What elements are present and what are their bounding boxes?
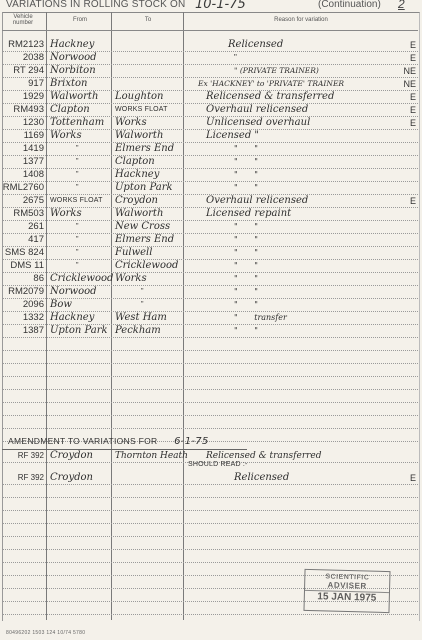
from-garage: Brixton <box>50 77 112 90</box>
table-row: RML2760"Upton Park" " <box>2 181 418 195</box>
from-garage: Upton Park <box>50 324 112 337</box>
reason: " " <box>188 246 422 259</box>
blank-row <box>2 549 418 563</box>
table-row: RM493ClaptonWORKS FLOATOverhaul relicens… <box>2 103 418 117</box>
reason: " " <box>188 324 422 337</box>
blank-row <box>2 536 418 550</box>
table-row: 1377"Clapton" " <box>2 155 418 169</box>
table-row: RM2123HackneyRelicensedE <box>2 38 418 52</box>
to-garage: Elmers End <box>115 142 183 155</box>
to-garage <box>115 471 183 484</box>
vehicle-number: 1332 <box>2 311 44 324</box>
from-garage: Hackney <box>50 38 112 51</box>
code: NE <box>398 77 416 90</box>
vehicle-number: RM493 <box>2 103 44 116</box>
code <box>398 298 416 311</box>
code: E <box>398 38 416 51</box>
to-garage: Elmers End <box>115 233 183 246</box>
code <box>398 246 416 259</box>
blank-row <box>2 337 418 351</box>
to-garage <box>115 38 183 51</box>
vehicle-number: RF 392 <box>2 471 44 484</box>
code <box>398 142 416 155</box>
to-garage: Peckham <box>115 324 183 337</box>
from-garage: Norwood <box>50 285 112 298</box>
vehicle-number: DMS 11 <box>2 259 44 272</box>
reason: " (PRIVATE TRAINER) <box>188 64 422 77</box>
vehicle-number: RT 294 <box>2 64 44 77</box>
amendment-heading: AMENDMENT TO VARIATIONS FOR 6-1-75 <box>8 436 209 447</box>
reason: Overhaul relicensed <box>188 194 416 207</box>
blank-row <box>2 497 418 511</box>
print-code: 80496202 1503 124 10/74 5780 <box>6 630 85 636</box>
reason: Ex 'HACKNEY' to 'PRIVATE' TRAINER <box>188 77 408 90</box>
reason: " transfer <box>188 311 422 324</box>
table-row: 1387Upton ParkPeckham" " <box>2 324 418 338</box>
vehicle-number: 1929 <box>2 90 44 103</box>
reason: Relicensed <box>188 471 422 484</box>
to-garage: Cricklewood <box>115 259 183 272</box>
to-garage <box>115 77 183 90</box>
table-row: 1230TottenhamWorksUnlicensed overhaulE <box>2 116 418 130</box>
code <box>398 181 416 194</box>
to-garage: West Ham <box>115 311 183 324</box>
reason: " " <box>188 142 422 155</box>
code <box>398 324 416 337</box>
table-row: 917BrixtonEx 'HACKNEY' to 'PRIVATE' TRAI… <box>2 77 418 91</box>
table-row: 1929WalworthLoughtonRelicensed & transfe… <box>2 90 418 104</box>
from-garage: Walworth <box>50 90 112 103</box>
from-garage: Bow <box>50 298 112 311</box>
blank-row <box>2 376 418 390</box>
vehicle-number: RM2123 <box>2 38 44 51</box>
vehicle-number: RML2760 <box>2 181 44 194</box>
to-garage: New Cross <box>115 220 183 233</box>
reason: " " <box>188 233 422 246</box>
amendment-heading-text: AMENDMENT TO VARIATIONS FOR <box>8 436 157 446</box>
from-garage: Cricklewood <box>50 272 112 285</box>
to-garage: Works <box>115 272 183 285</box>
received-stamp: SCIENTIFIC ADVISER 15 JAN 1975 <box>303 569 390 613</box>
header-reason: Reason for variation <box>184 17 418 23</box>
from-garage: Croydon <box>50 471 112 484</box>
blank-row <box>2 484 418 498</box>
from-garage: Clapton <box>50 103 112 116</box>
table-row: RM2079Norwood"" " <box>2 285 418 299</box>
vehicle-number: RM503 <box>2 207 44 220</box>
to-garage: Walworth <box>115 129 183 142</box>
to-garage: Loughton <box>115 90 183 103</box>
table-row: 2096Bow"" " <box>2 298 418 312</box>
reason: Licensed " <box>188 129 416 142</box>
stamp-date: 15 JAN 1975 <box>305 590 389 604</box>
to-garage: Thornton Heath <box>115 449 183 462</box>
table-row: 417"Elmers End" " <box>2 233 418 247</box>
table-header: Vehicle number From To Reason for variat… <box>2 12 418 31</box>
to-garage: Croydon <box>115 194 183 207</box>
to-garage <box>115 64 183 77</box>
vehicle-number: 917 <box>2 77 44 90</box>
vehicle-number: SMS 824 <box>2 246 44 259</box>
header-vehicle: Vehicle number <box>8 14 38 26</box>
vehicle-number: 1169 <box>2 129 44 142</box>
table-row: 1332HackneyWest Ham" transfer <box>2 311 418 325</box>
reason: Relicensed <box>188 38 422 51</box>
to-garage: Walworth <box>115 207 183 220</box>
code: E <box>398 194 416 207</box>
code: E <box>398 471 416 484</box>
table-row: 1419"Elmers End" " <box>2 142 418 156</box>
header-from: From <box>48 17 112 23</box>
blank-row <box>2 402 418 416</box>
reason: " " <box>188 285 422 298</box>
to-garage: Clapton <box>115 155 183 168</box>
code <box>398 129 416 142</box>
vehicle-number: 2038 <box>2 51 44 64</box>
vehicle-number: 261 <box>2 220 44 233</box>
code: E <box>398 51 416 64</box>
document-title: VARIATIONS IN ROLLING STOCK ON <box>6 0 185 10</box>
from-garage: Works <box>50 207 112 220</box>
vehicle-number: 2675 <box>2 194 44 207</box>
code: E <box>398 116 416 129</box>
code: NE <box>398 64 416 77</box>
to-garage <box>115 51 183 64</box>
code <box>398 168 416 181</box>
code <box>398 311 416 324</box>
table-row: SMS 824"Fulwell" " <box>2 246 418 260</box>
reason: " " <box>188 220 422 233</box>
code <box>398 155 416 168</box>
from-garage: WORKS FLOAT <box>50 194 112 207</box>
reason: Relicensed & transferred <box>188 90 416 103</box>
table-row: 1408"Hackney" " <box>2 168 418 182</box>
document-date: 10-1-75 <box>195 0 246 12</box>
table-row: 86CricklewoodWorks" " <box>2 272 418 286</box>
table-row: DMS 11"Cricklewood" " <box>2 259 418 273</box>
blank-row <box>2 389 418 403</box>
to-garage: Fulwell <box>115 246 183 259</box>
code <box>398 220 416 233</box>
reason: Licensed repaint <box>188 207 416 220</box>
to-garage: Works <box>115 116 183 129</box>
table-row: 2675WORKS FLOATCroydonOverhaul relicense… <box>2 194 418 208</box>
title-bar: VARIATIONS IN ROLLING STOCK ON 10-1-75 (… <box>0 0 422 12</box>
vehicle-number: 417 <box>2 233 44 246</box>
table-row: 1169WorksWalworthLicensed " <box>2 129 418 143</box>
blank-row <box>2 415 418 429</box>
reason: " " <box>188 155 422 168</box>
from-garage: Works <box>50 129 112 142</box>
vehicle-number: RM2079 <box>2 285 44 298</box>
code <box>398 285 416 298</box>
table-row: RM503WorksWalworthLicensed repaint <box>2 207 418 221</box>
should-read-label: SHOULD READ :- <box>188 461 248 468</box>
reason: " " <box>188 298 422 311</box>
vehicle-number: 1419 <box>2 142 44 155</box>
vehicle-number: 1387 <box>2 324 44 337</box>
header-to: To <box>112 17 184 23</box>
blank-row <box>2 510 418 524</box>
reason: " " <box>188 168 422 181</box>
from-garage: Norbiton <box>50 64 112 77</box>
amendment-date: 6-1-75 <box>174 436 208 447</box>
code <box>398 207 416 220</box>
code <box>398 259 416 272</box>
from-garage: Norwood <box>50 51 112 64</box>
code <box>398 272 416 285</box>
from-garage: Croydon <box>50 449 112 462</box>
reason: " " <box>188 272 422 285</box>
vehicle-number: 1377 <box>2 155 44 168</box>
vehicle-number: 2096 <box>2 298 44 311</box>
blank-row <box>2 523 418 537</box>
reason: " " <box>188 259 422 272</box>
table-row: RT 294Norbiton" (PRIVATE TRAINER)NE <box>2 64 418 78</box>
from-garage: Tottenham <box>50 116 112 129</box>
code: E <box>398 90 416 103</box>
continuation-label: (Continuation) <box>318 0 381 10</box>
reason: Overhaul relicensed <box>188 103 416 116</box>
blank-row <box>2 350 418 364</box>
to-garage: WORKS FLOAT <box>115 103 183 116</box>
code: E <box>398 103 416 116</box>
vehicle-number: 1408 <box>2 168 44 181</box>
blank-row <box>2 363 418 377</box>
reason: " " <box>188 181 422 194</box>
from-garage: Hackney <box>50 311 112 324</box>
vehicle-number: RF 392 <box>2 449 44 462</box>
reason: Unlicensed overhaul <box>188 116 416 129</box>
amendment-corrected-row: RF 392 Croydon Relicensed E <box>2 471 418 485</box>
table-row: 2038Norwood"E <box>2 51 418 65</box>
vehicle-number: 86 <box>2 272 44 285</box>
to-garage: Upton Park <box>115 181 183 194</box>
vehicle-number: 1230 <box>2 116 44 129</box>
reason: " <box>188 51 422 64</box>
page-number: 2 <box>398 0 405 11</box>
code <box>398 233 416 246</box>
to-garage: Hackney <box>115 168 183 181</box>
table-row: 261"New Cross" " <box>2 220 418 234</box>
